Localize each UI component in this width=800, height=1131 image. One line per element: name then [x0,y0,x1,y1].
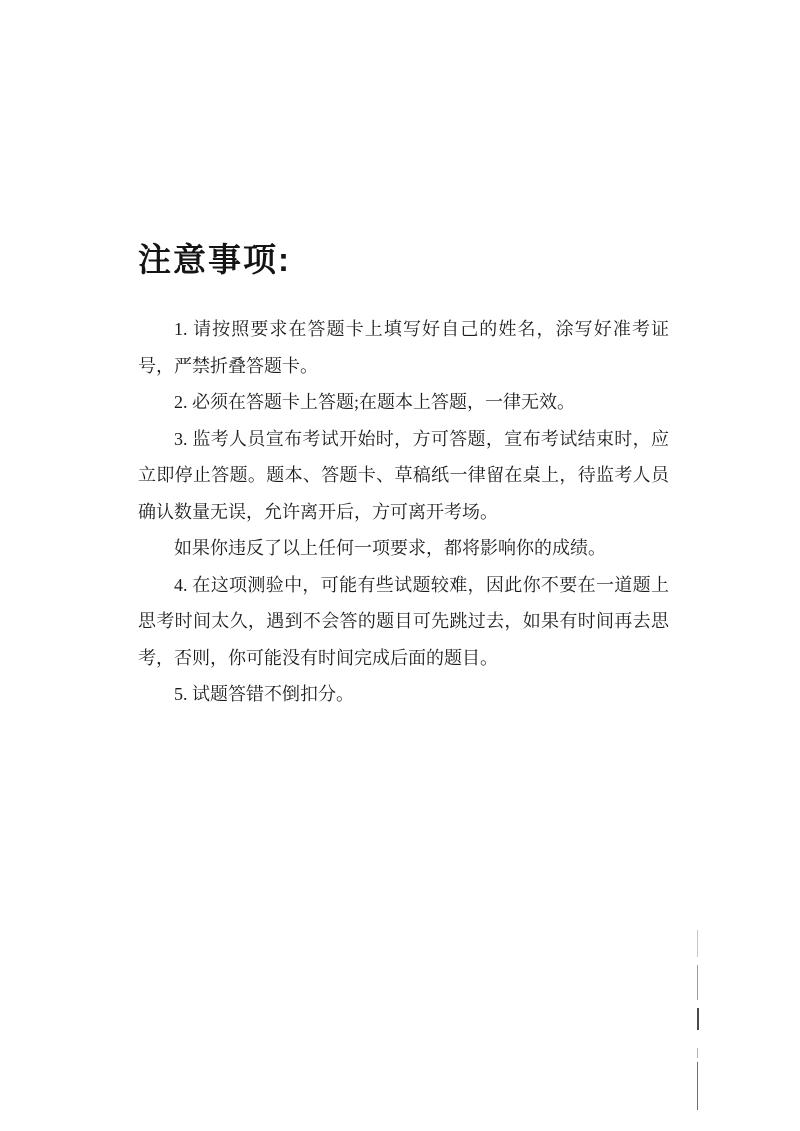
scan-mark-dash [697,1062,698,1110]
scan-mark-dash [697,1008,699,1030]
page-title: 注意事项: [138,240,669,280]
instruction-paragraph-1: 1. 请按照要求在答题卡上填写好自己的姓名，涂写好准考证号，严禁折叠答题卡。 [138,311,669,384]
instructions-block: 注意事项: 1. 请按照要求在答题卡上填写好自己的姓名，涂写好准考证号，严禁折叠… [138,240,669,713]
scan-mark-dash [697,1048,698,1058]
scan-mark-dash [697,965,698,1000]
instructions-body: 1. 请按照要求在答题卡上填写好自己的姓名，涂写好准考证号，严禁折叠答题卡。 2… [138,311,669,713]
scanned-page: 注意事项: 1. 请按照要求在答题卡上填写好自己的姓名，涂写好准考证号，严禁折叠… [0,0,800,1131]
instruction-paragraph-4: 如果你违反了以上任何一项要求，都将影响你的成绩。 [138,530,669,567]
scan-mark-dash [697,930,698,957]
instruction-paragraph-6: 5. 试题答错不倒扣分。 [138,676,669,713]
instruction-paragraph-5: 4. 在这项测验中，可能有些试题较难，因此你不要在一道题上思考时间太久，遇到不会… [138,567,669,677]
instruction-paragraph-2: 2. 必须在答题卡上答题;在题本上答题，一律无效。 [138,384,669,421]
instruction-paragraph-3: 3. 监考人员宣布考试开始时，方可答题，宣布考试结束时，应立即停止答题。题本、答… [138,421,669,531]
